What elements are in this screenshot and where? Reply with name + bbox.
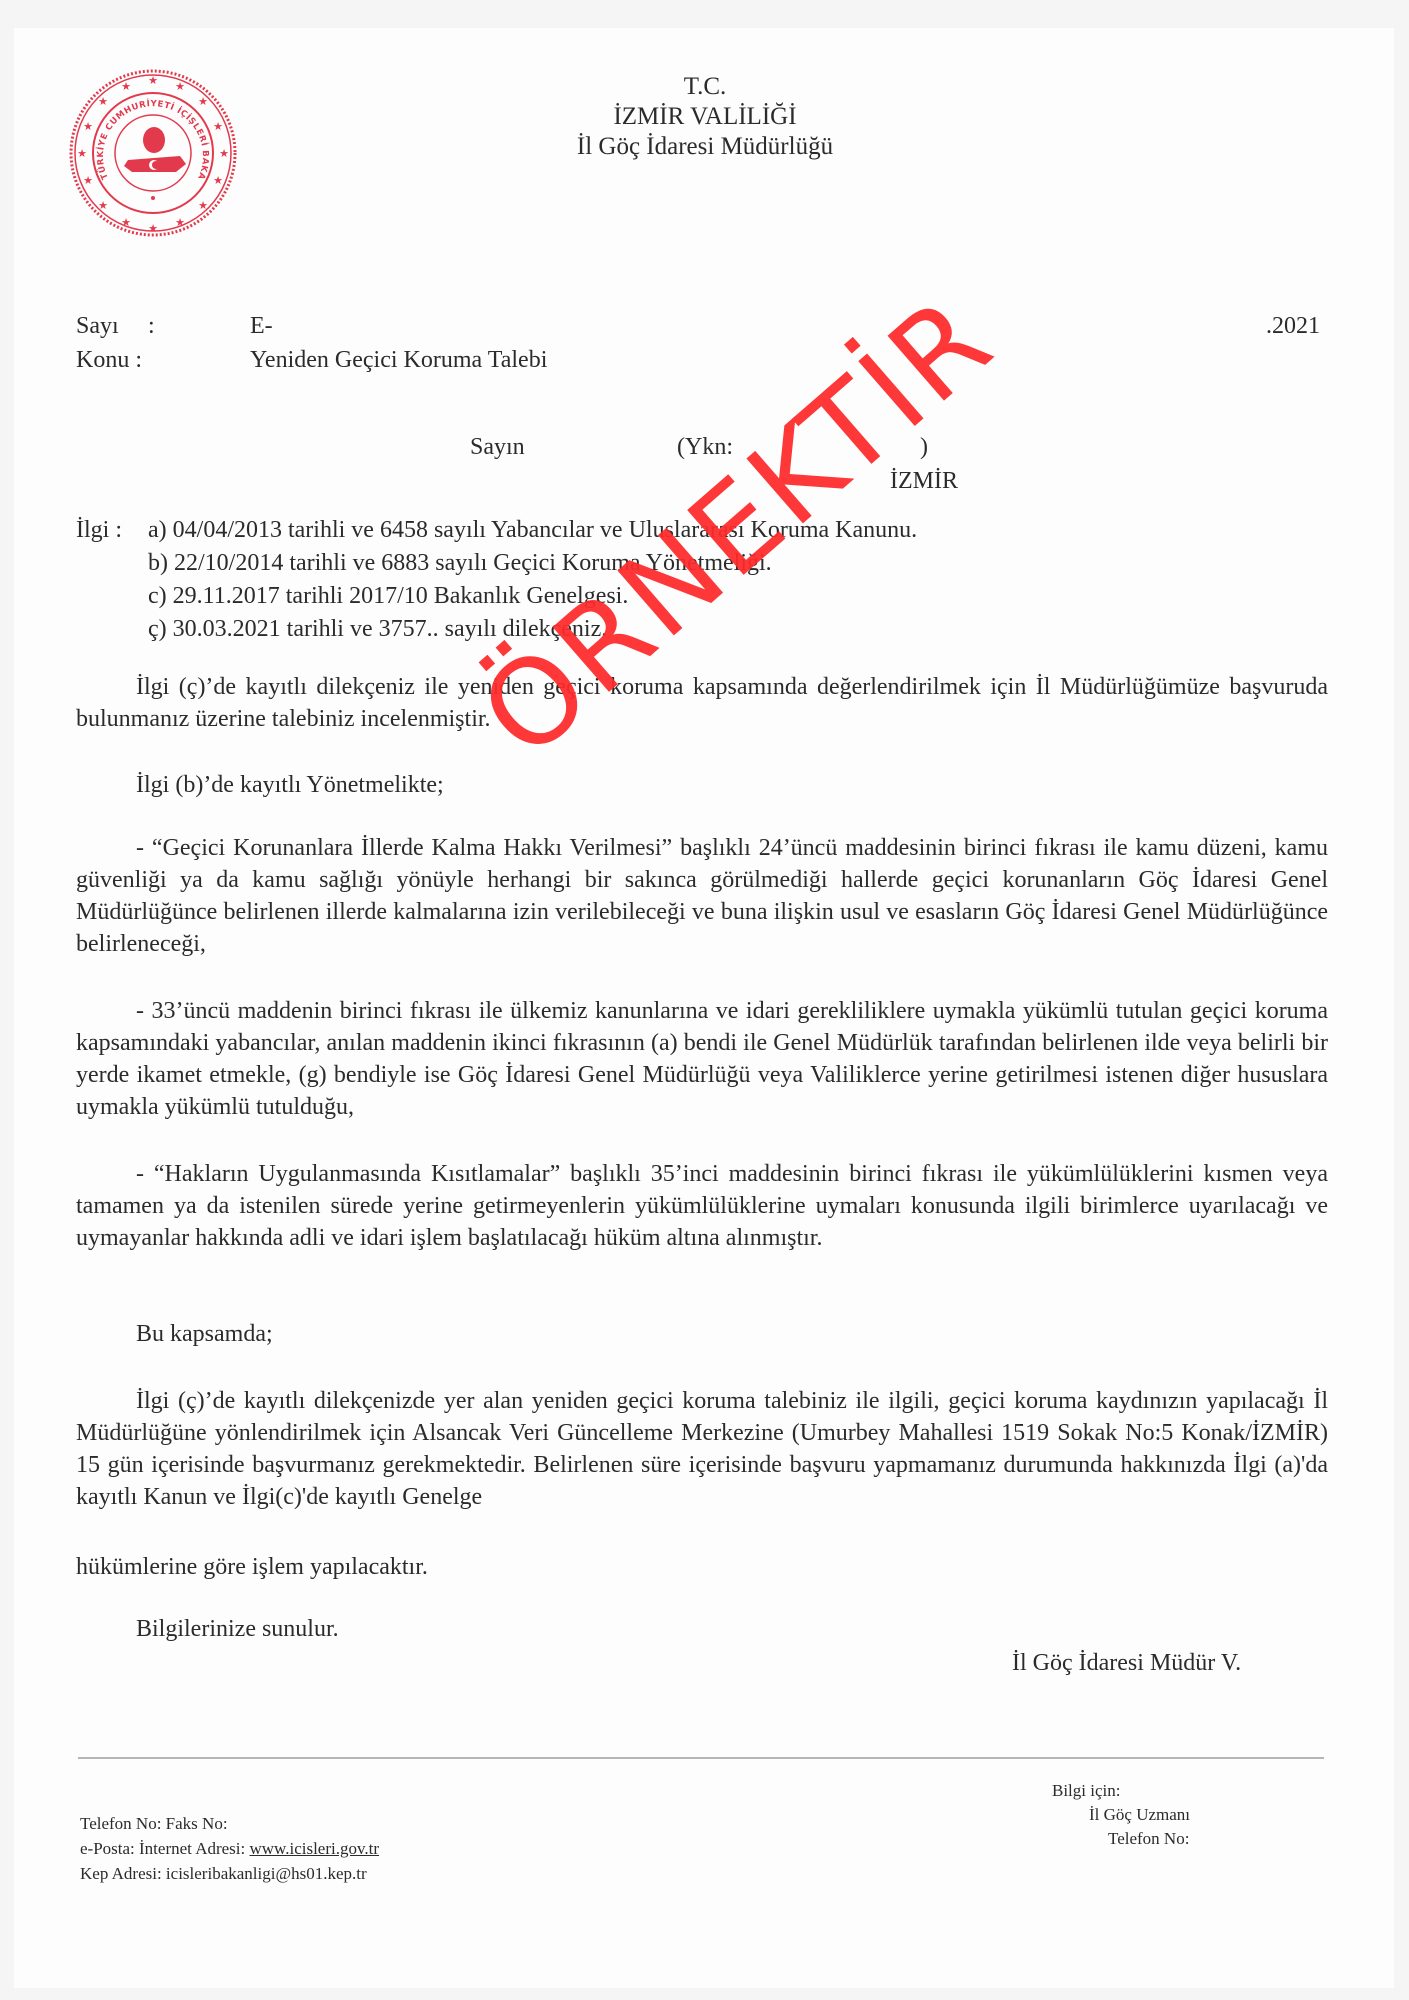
body-paragraph-6: Bu kapsamda; xyxy=(76,1318,1328,1350)
header-valilik: İZMİR VALİLİĞİ xyxy=(340,102,1070,132)
letterhead: T.C. İZMİR VALİLİĞİ İl Göç İdaresi Müdür… xyxy=(0,72,1409,162)
body-paragraph-2: İlgi (b)’de kayıtlı Yönetmelikte; xyxy=(76,769,1328,801)
references-label: İlgi : xyxy=(76,515,122,545)
footer-info-phone: Telefon No: xyxy=(1108,1828,1189,1850)
header-directorate: İl Göç İdaresi Müdürlüğü xyxy=(340,132,1070,162)
footer-divider xyxy=(78,1757,1324,1759)
svg-text:★: ★ xyxy=(148,222,158,235)
sayi-value: E- xyxy=(250,311,273,341)
footer-info-title: İl Göç Uzmanı xyxy=(1089,1804,1190,1826)
footer-email-web: e-Posta: İnternet Adresi: www.icisleri.g… xyxy=(80,1838,379,1860)
svg-text:★: ★ xyxy=(213,174,223,187)
konu-label: Konu : xyxy=(76,345,142,375)
body-paragraph-5: - “Hakların Uygulanmasında Kısıtlamalar”… xyxy=(76,1158,1328,1254)
document-date: .2021 xyxy=(1266,311,1320,341)
body-paragraph-7: İlgi (ç)’de kayıtlı dilekçenizde yer ala… xyxy=(76,1385,1328,1513)
footer-website-link[interactable]: www.icisleri.gov.tr xyxy=(250,1839,380,1858)
svg-text:★: ★ xyxy=(175,216,185,229)
body-paragraph-9: Bilgilerinize sunulur. xyxy=(76,1613,1328,1645)
sayi-label: Sayı xyxy=(76,311,119,341)
header-tc: T.C. xyxy=(340,72,1070,102)
svg-text:★: ★ xyxy=(83,174,93,187)
body-paragraph-1: İlgi (ç)’de kayıtlı dilekçeniz ile yenid… xyxy=(76,671,1328,735)
addressee-salutation: Sayın xyxy=(470,432,525,462)
footer-email-label: e-Posta: İnternet Adresi: xyxy=(80,1839,250,1858)
body-paragraph-4: - 33’üncü maddenin birinci fıkrası ile ü… xyxy=(76,995,1328,1123)
svg-text:★: ★ xyxy=(98,199,108,212)
svg-text:★: ★ xyxy=(121,216,131,229)
signature-title: İl Göç İdaresi Müdür V. xyxy=(1012,1648,1241,1678)
footer-phone-fax: Telefon No: Faks No: xyxy=(80,1813,228,1835)
body-paragraph-3: - “Geçici Korunanlara İllerde Kalma Hakk… xyxy=(76,832,1328,960)
body-paragraph-8: hükümlerine göre işlem yapılacaktır. xyxy=(76,1551,1328,1583)
konu-value: Yeniden Geçici Koruma Talebi xyxy=(250,345,547,375)
svg-text:★: ★ xyxy=(198,199,208,212)
footer-info-label: Bilgi için: xyxy=(1052,1780,1120,1802)
sayi-colon: : xyxy=(148,311,155,341)
footer-kep: Kep Adresi: icisleribakanligi@hs01.kep.t… xyxy=(80,1863,367,1885)
